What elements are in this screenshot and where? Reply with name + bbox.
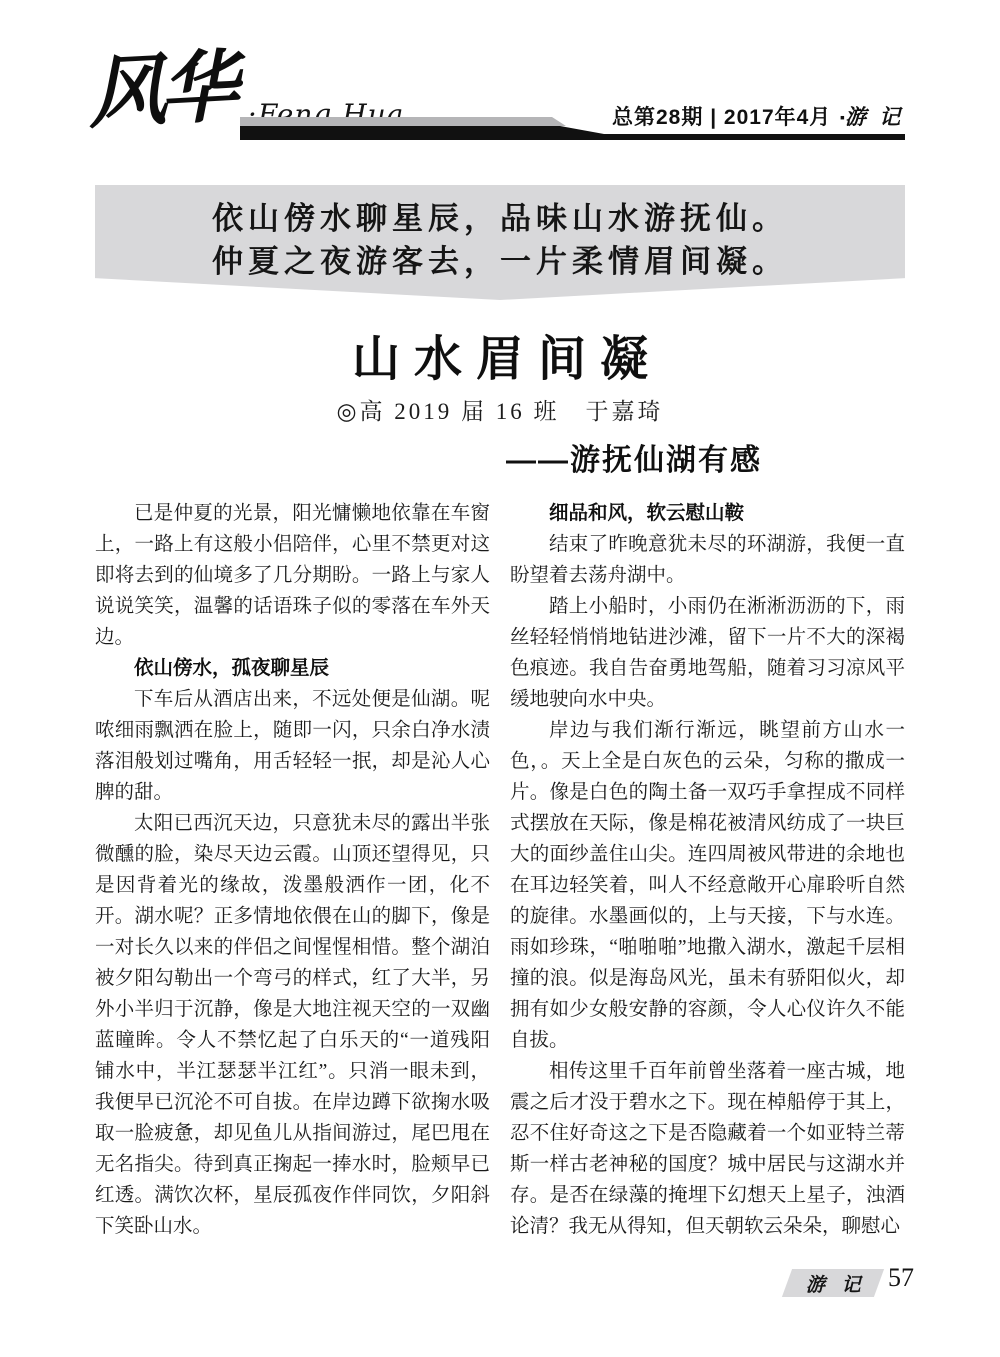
- paragraph: 相传这里千百年前曾坐落着一座古城，地震之后才没于碧水之下。现在棹船停于其上，忍不…: [510, 1056, 905, 1242]
- right-column: 细品和风，软云慰山鞍 结束了昨晚意犹未尽的环湖游，我便一直盼望着去荡舟湖中。 踏…: [510, 498, 905, 1242]
- magazine-page: 风华 ·Feng Hua 总第28期 | 2017年4月 ▪游 记 依山傍水聊星…: [0, 0, 1000, 1357]
- poem-banner: 依山傍水聊星辰，品味山水游抚仙。 仲夏之夜游客去，一片柔情眉间凝。: [95, 185, 905, 300]
- paragraph: 下车后从酒店出来，不远处便是仙湖。呢哝细雨飘洒在脸上，随即一闪，只余白净水渍落泪…: [95, 684, 490, 808]
- paragraph: 太阳已西沉天边，只意犹未尽的露出半张微醺的脸，染尽天边云霞。山顶还望得见，只是因…: [95, 808, 490, 1242]
- article-body: 已是仲夏的光景，阳光慵懒地依靠在车窗上，一路上有这般小侣陪伴，心里不禁更对这即将…: [95, 498, 905, 1242]
- left-column: 已是仲夏的光景，阳光慵懒地依靠在车窗上，一路上有这般小侣陪伴，心里不禁更对这即将…: [95, 498, 490, 1242]
- article-byline: ◎高 2019 届 16 班 于嘉琦: [0, 393, 1000, 426]
- poem-line-1: 依山傍水聊星辰，品味山水游抚仙。: [95, 197, 905, 240]
- article-title: 山水眉间凝: [0, 320, 1000, 389]
- section-subhead: 依山傍水，孤夜聊星辰: [95, 653, 490, 684]
- article-subtitle: ——游抚仙湖有感: [506, 435, 762, 479]
- header-section-tag: ▪游 记: [840, 101, 904, 131]
- issue-info: 总第28期 | 2017年4月: [612, 101, 831, 131]
- page-number: 57: [888, 1263, 914, 1293]
- footer-section-tab: 游 记: [782, 1269, 884, 1297]
- paragraph: 踏上小船时，小雨仍在淅淅沥沥的下，雨丝轻轻悄悄地钻进沙滩，留下一片不大的深褐色痕…: [510, 591, 905, 715]
- header-section-label: 游 记: [845, 105, 904, 129]
- poem-line-2: 仲夏之夜游客去，一片柔情眉间凝。: [95, 240, 905, 283]
- footer-section-label: 游 记: [800, 1270, 867, 1297]
- section-subhead: 细品和风，软云慰山鞍: [510, 498, 905, 529]
- paragraph: 结束了昨晚意犹未尽的环湖游，我便一直盼望着去荡舟湖中。: [510, 529, 905, 591]
- paragraph: 已是仲夏的光景，阳光慵懒地依靠在车窗上，一路上有这般小侣陪伴，心里不禁更对这即将…: [95, 498, 490, 653]
- paragraph: 岸边与我们渐行渐远，眺望前方山水一色，。天上全是白灰色的云朵，匀称的撒成一片。像…: [510, 715, 905, 1056]
- magazine-logo: 风华: [86, 48, 234, 133]
